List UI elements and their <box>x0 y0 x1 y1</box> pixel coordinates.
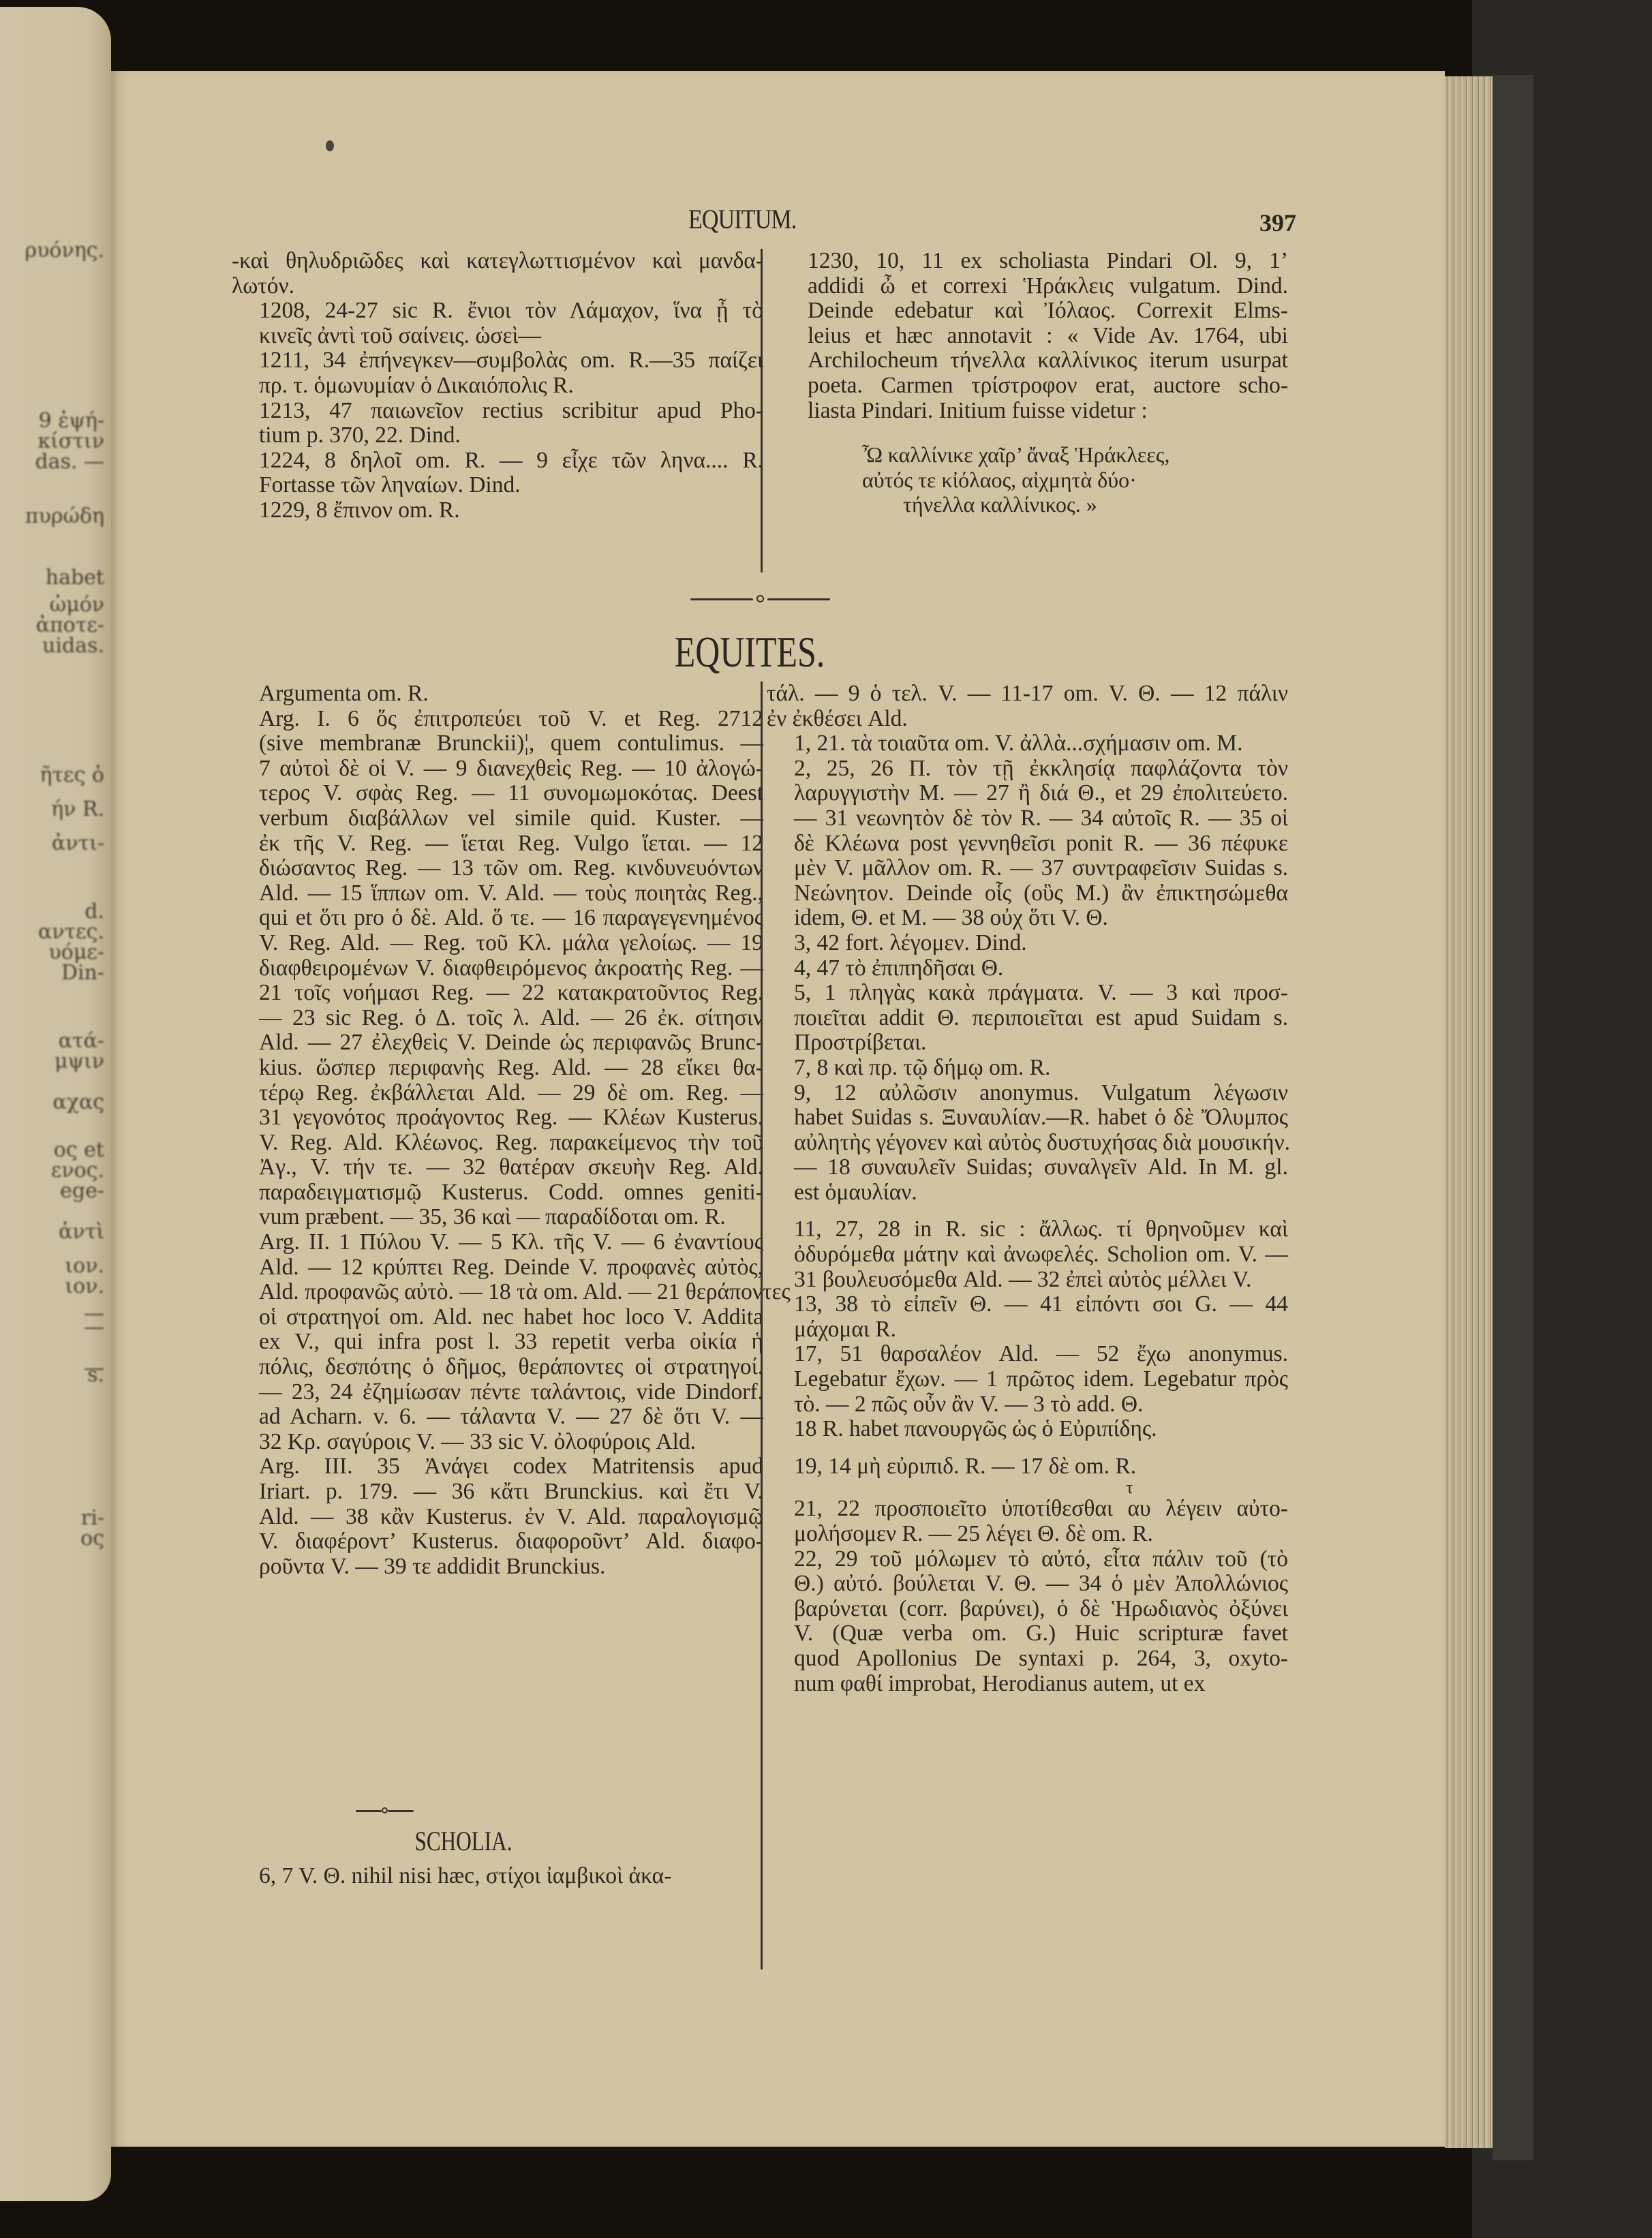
text-line: διώσαντος Reg. — 13 τῶν om. Reg. κινδυνε… <box>232 856 763 881</box>
top-right-column: 1230, 10, 11 ex scholiasta Pindari Ol. 9… <box>780 249 1288 517</box>
text-line: 1224, 8 δηλοῖ om. R. — 9 εἶχε τῶν ληνα..… <box>232 448 763 474</box>
text-line: — 23, 24 ἐζημίωσαν πέντε ταλάντοις, vide… <box>232 1380 763 1405</box>
text-line: Ald. προφανῶς αὐτὸ. — 18 τὰ om. Ald. — 2… <box>232 1280 763 1305</box>
section-title-equites: EQUITES. <box>670 627 829 677</box>
text-line: habet Suidas s. Ξυναυλίαν.—R. habet ὁ δὲ… <box>767 1105 1288 1131</box>
text-line: Νεώνητον. Deinde οἷς (οὓς M.) ἂν ἐπικτησ… <box>767 881 1288 906</box>
argument-note: Argumenta om. R. <box>232 681 763 707</box>
text-line: πόλις, δεσπότης ὁ δῆμος, θεράποντες οἱ σ… <box>232 1355 763 1380</box>
text-line: μολήσομεν R. — 25 λέγει Θ. δὲ om. R. <box>767 1522 1288 1547</box>
text-line: Ald. — 27 ἐλεχθεὶς V. Deinde ὡς περιφανῶ… <box>232 1030 763 1056</box>
text-line: 13, 38 τὸ εἰπεῖν Θ. — 41 εἰπόντι σοι G. … <box>767 1292 1288 1317</box>
text-line: ad Acharn. v. 6. — τάλαντα V. — 27 δὲ ὅτ… <box>232 1405 763 1430</box>
text-line: τέρῳ Reg. ἐκβάλλεται Ald. — 29 δὲ om. Re… <box>232 1081 763 1106</box>
scholion-note: 2, 25, 26 Π. τὸν τῇ ἐκκλησίᾳ παφλάζοντα … <box>767 756 1288 931</box>
scholion-note: 11, 27, 28 in R. sic : ἄλλως. τί θρηνοῦμ… <box>767 1217 1288 1292</box>
text-line: 1211, 34 ἐπήνεγκεν—συμβολὰς om. R.—35 πα… <box>232 348 763 373</box>
facing-page-text: ῆτες ὁ <box>40 763 104 787</box>
text-line: leius et hæc annotavit : « Vide Av. 1764… <box>780 324 1288 349</box>
facing-page-text: ιον. <box>65 1274 104 1298</box>
column-divider-bottom <box>761 681 763 1969</box>
facing-page-text: ήν R. <box>51 797 104 821</box>
text-line: ὀδυρόμεθα μάτην καὶ ἀνωφελές. Scholion o… <box>767 1242 1288 1268</box>
ink-spot <box>326 140 334 151</box>
verse-quotation: Ὦ καλλίνικε χαῖρ’ ἄναξ Ἡράκλεες, αὐτός τ… <box>780 442 1288 517</box>
scholion-note: 22, 29 τοῦ μόλωμεν τὸ αὐτό, εἶτα πάλιν τ… <box>767 1547 1288 1697</box>
column-divider-top <box>761 249 763 572</box>
text-line: ex V., qui infra post l. 33 repetit verb… <box>232 1330 763 1355</box>
facing-page-text: ος <box>80 1527 104 1550</box>
text-line: 9, 12 αὐλῶσιν anonymus. Vulgatum λέγωσιν <box>767 1081 1288 1106</box>
text-line: βαρύνεται (corr. βαρύνει), ὁ δὲ Ἡρωδιανὸ… <box>767 1597 1288 1622</box>
note-entry: 1229, 8 ἔπινον om. R. <box>232 498 763 523</box>
text-line: — 18 συναυλεῖν Suidas; συναλγεῖν Ald. In… <box>767 1155 1288 1180</box>
text-line: Deinde edebatur καὶ Ἰόλαος. Correxit Elm… <box>780 298 1288 324</box>
text-line: ποιεῖται addit Θ. περιποιεῖται est apud … <box>767 1006 1288 1031</box>
verse-line: τήνελλα καλλίνικος. » <box>862 492 1288 517</box>
scholion-note: 17, 51 θαρσαλέον Ald. — 52 ἔχω anonymus.… <box>767 1342 1288 1417</box>
note-continuation: -καὶ θηλυδριῶδες καὶ κατεγλωττισμένον κα… <box>232 249 763 298</box>
scholion-note: 7, 8 καὶ πρ. τῷ δήμῳ om. R. <box>767 1056 1288 1081</box>
spacer <box>767 1442 1288 1454</box>
scholia-column: 6, 7 V. Θ. nihil nisi hæc, στίχοι ἰαμβικ… <box>232 1864 763 1889</box>
text-line: quod Apollonius De syntaxi p. 264, 3, ox… <box>767 1646 1288 1672</box>
scholion-note: 13, 38 τὸ εἰπεῖν Θ. — 41 εἰπόντι σοι G. … <box>767 1292 1288 1342</box>
scholion-note: 5, 1 πληγὰς κακὰ πράγματα. V. — 3 καὶ πρ… <box>767 981 1288 1056</box>
text-line: Ald. — 15 ἵππων om. V. Ald. — τοὺς ποιητ… <box>232 881 763 906</box>
text-line: 11, 27, 28 in R. sic : ἄλλως. τί θρηνοῦμ… <box>767 1217 1288 1242</box>
verse-line: Ὦ καλλίνικε χαῖρ’ ἄναξ Ἡράκλεες, <box>862 442 1288 467</box>
text-line: οἱ στρατηγοί om. Ald. nec habet hoc loco… <box>232 1305 763 1330</box>
text-line: διαφθειρομένων V. διαφθειρόμενος ἀκροατὴ… <box>232 956 763 981</box>
interlinear-correction: τ <box>767 1479 1288 1497</box>
text-line: πρ. τ. ὁμωνυμίαν ὁ Δικαιόπολις R. <box>232 373 763 399</box>
text-line: Argumenta om. R. <box>232 681 763 707</box>
text-line: 21, 22 προσποιεῖτο ὑποτίθεσθαι αυ λέγειν… <box>767 1497 1288 1522</box>
text-line: Fortasse τῶν ληναίων. Dind. <box>232 473 763 498</box>
text-line: Ἀγ., V. τήν τε. — 32 θατέραν σκευὴν Reg.… <box>232 1155 763 1180</box>
text-line: 1230, 10, 11 ex scholiasta Pindari Ol. 9… <box>780 249 1288 274</box>
text-line: μὲν V. μᾶλλον om. R. — 37 συντραφεῖσιν S… <box>767 856 1288 881</box>
running-title: EQUITUM. <box>688 203 796 235</box>
equites-left-column: Argumenta om. R.Arg. I. 6 ὅς ἐπιτροπεύει… <box>232 681 763 1579</box>
text-line: 19, 14 μὴ εὐριπιδ. R. — 17 δὲ om. R. <box>767 1454 1288 1480</box>
text-line: 4, 47 τὸ ἐπιπηδῆσαι Θ. <box>767 956 1288 981</box>
top-left-column: -καὶ θηλυδριῶδες καὶ κατεγλωττισμένον κα… <box>232 249 763 523</box>
text-line: 31 βουλευσόμεθα Ald. — 32 ἐπεὶ αὐτὸς μέλ… <box>767 1268 1288 1293</box>
text-line: ροῦντα V. — 39 τε addidit Brunckius. <box>232 1554 763 1580</box>
text-line: παραδειγματισμῷ Kusterus. Codd. omnes ge… <box>232 1180 763 1206</box>
text-line: τερος V. σφὰς Reg. — 11 συνομωμοκότας. D… <box>232 781 763 806</box>
text-line: λωτόν. <box>232 274 763 299</box>
text-line: V. Reg. Ald. Κλέωνος. Reg. παρακείμενος … <box>232 1131 763 1156</box>
facing-page-text: μψιν <box>55 1049 104 1073</box>
text-line: Arg. III. 35 Ἀνάγει codex Matritensis ap… <box>232 1454 763 1480</box>
facing-page-text: ἀντι- <box>52 831 104 855</box>
facing-page-text: — <box>84 1315 104 1339</box>
verse-line: αὐτός τε κἰόλαος, αἰχμητὰ δύο· <box>862 467 1288 493</box>
spacer <box>767 1205 1288 1217</box>
scholion-note: 21, 22 προσποιεῖτο ὑποτίθεσθαι αυ λέγειν… <box>767 1497 1288 1546</box>
scholion-note: 19, 14 μὴ εὐριπιδ. R. — 17 δὲ om. R. <box>767 1454 1288 1480</box>
text-line: 7, 8 καὶ πρ. τῷ δήμῳ om. R. <box>767 1056 1288 1081</box>
text-line: κινεῖς ἀντὶ τοῦ σαίνεις. ὡσεὶ— <box>232 324 763 349</box>
facing-page-text: habet <box>46 566 104 589</box>
page-number: 397 <box>1259 209 1296 237</box>
text-line: Legebatur ἔχων. — 1 πρῶτος idem. Legebat… <box>767 1367 1288 1392</box>
text-line: Ald. — 12 κρύπτει Reg. Deinde V. προφανὲ… <box>232 1255 763 1281</box>
text-line: idem, Θ. et M. — 38 οὐχ ὅτι V. Θ. <box>767 906 1288 931</box>
text-line: est ὁμαυλίαν. <box>767 1180 1288 1206</box>
ornament-divider-small <box>356 1806 414 1815</box>
note-entry: 1208, 24-27 sic R. ἔνιοι τὸν Λάμαχον, ἵν… <box>232 298 763 348</box>
text-line: (sive membranæ Brunckii)¦, quem contulim… <box>232 731 763 756</box>
text-line: qui et ὅτι pro ὁ δὲ. Ald. ὅ τε. — 16 παρ… <box>232 906 763 931</box>
text-line: 1213, 47 παιωνεῖον rectius scribitur apu… <box>232 399 763 424</box>
text-line: 21 τοῖς νοήμασι Reg. — 22 κατακρατοῦντος… <box>232 981 763 1006</box>
text-line: Προστρίβεται. <box>767 1030 1288 1056</box>
text-line: Arg. I. 6 ὅς ἐπιτροπεύει τοῦ V. et Reg. … <box>232 707 763 732</box>
note-entry: 1213, 47 παιωνεῖον rectius scribitur apu… <box>232 399 763 448</box>
text-line: poeta. Carmen τρίστροφον erat, auctore s… <box>780 373 1288 399</box>
text-line: — 31 νεωνητὸν δὲ τὸν R. — 34 αὐτοῖς R. —… <box>767 806 1288 831</box>
text-line: 1229, 8 ἔπινον om. R. <box>232 498 763 523</box>
text-line: τὸ. — 2 πῶς οὖν ἂν V. — 3 τὸ add. Θ. <box>767 1392 1288 1417</box>
text-line: 1, 21. τὰ τοιαῦτα om. V. ἀλλὰ...σχήμασιν… <box>767 731 1288 756</box>
note-entry: 1211, 34 ἐπήνεγκεν—συμβολὰς om. R.—35 πα… <box>232 348 763 398</box>
text-line: τάλ. — 9 ὁ τελ. V. — 11-17 om. V. Θ. — 1… <box>767 681 1288 707</box>
text-line: 2, 25, 26 Π. τὸν τῇ ἐκκλησίᾳ παφλάζοντα … <box>767 756 1288 782</box>
text-line: μάχομαι R. <box>767 1317 1288 1343</box>
facing-page-text: ρυόνης. <box>25 239 104 262</box>
ornament-divider <box>690 594 830 604</box>
facing-page: ρυόνης.9 ἐψή-κίστινdas. —πυρώδηhabetὠμόν… <box>0 7 111 2201</box>
facing-page-text: ἀντὶ <box>59 1220 104 1244</box>
text-line: 17, 51 θαρσαλέον Ald. — 52 ἔχω anonymus. <box>767 1342 1288 1367</box>
facing-page-text: uidas. <box>42 634 104 658</box>
section-title-scholia: SCHOLIA. <box>395 1825 533 1857</box>
scholia-line: 6, 7 V. Θ. nihil nisi hæc, στίχοι ἰαμβικ… <box>232 1864 763 1889</box>
text-line: ἐκ τῆς V. Reg. — ἵεται Reg. Vulgo ἵεται.… <box>232 831 763 857</box>
note-entry: 1230, 10, 11 ex scholiasta Pindari Ol. 9… <box>780 249 1288 423</box>
scholion-note: 18 R. habet πανουργῶς ὡς ὁ Εὐριπίδης. <box>767 1417 1288 1442</box>
text-line: 1208, 24-27 sic R. ἔνιοι τὸν Λάμαχον, ἵν… <box>232 298 763 324</box>
scholion-note: 3, 42 fort. λέγομεν. Dind. <box>767 931 1288 956</box>
text-line: liasta Pindari. Initium fuisse videtur : <box>780 399 1288 424</box>
argument-note: Arg. II. 1 Πύλου V. — 5 Κλ. τῆς V. — 6 ἐ… <box>232 1230 763 1454</box>
scholion-note: τάλ. — 9 ὁ τελ. V. — 11-17 om. V. Θ. — 1… <box>767 681 1288 731</box>
text-line: num φαθί improbat, Herodianus autem, ut … <box>767 1672 1288 1697</box>
text-line: vum præbent. — 35, 36 καὶ — παραδίδοται … <box>232 1205 763 1230</box>
note-entry: 1224, 8 δηλοῖ om. R. — 9 εἶχε τῶν ληνα..… <box>232 448 763 498</box>
text-line: Ald. — 38 κἂν Kusterus. ἐν V. Ald. παραλ… <box>232 1505 763 1530</box>
facing-page-text: αχας <box>53 1090 105 1114</box>
text-line: 32 Κρ. σαγύροις V. — 33 sic V. ὀλοφύροις… <box>232 1430 763 1455</box>
text-line: Θ.) αὐτό. βούλεται V. Θ. — 34 ὁ μὲν Ἀπολ… <box>767 1572 1288 1597</box>
text-line: V. (Quæ verba om. G.) Huic scripturæ fav… <box>767 1621 1288 1646</box>
facing-page-text: πυρώδη <box>25 504 104 528</box>
text-line: 22, 29 τοῦ μόλωμεν τὸ αὐτό, εἶτα πάλιν τ… <box>767 1547 1288 1572</box>
argument-note: Arg. III. 35 Ἀνάγει codex Matritensis ap… <box>232 1454 763 1579</box>
text-line: 7 αὐτοὶ δὲ οἱ V. — 9 διανεχθεὶς Reg. — 1… <box>232 756 763 782</box>
book-cover-edge <box>1493 75 1533 2160</box>
facing-page-text: das. — <box>35 450 104 474</box>
argument-note: Arg. I. 6 ὅς ἐπιτροπεύει τοῦ V. et Reg. … <box>232 707 763 1230</box>
text-line: Iriart. p. 179. — 36 κἄτι Brunckius. καὶ… <box>232 1480 763 1505</box>
text-line: verbum διαβάλλων vel simile quid. Kuster… <box>232 806 763 831</box>
text-line: kius. ὥσπερ περιφανὴς Reg. Ald. — 28 εἴκ… <box>232 1056 763 1081</box>
page-edges <box>1445 76 1493 2148</box>
text-line: V. Reg. Ald. — Reg. τοῦ Κλ. μάλα γελοίως… <box>232 931 763 956</box>
text-line: ἐν ἐκθέσει Ald. <box>767 707 1288 732</box>
text-line: addidi ὦ et correxi Ἡράκλεις vulgatum. D… <box>780 274 1288 299</box>
facing-page-text: Din- <box>61 961 104 985</box>
text-line: λαρυγγιστὴν M. — 27 ἢ διά Θ., et 29 ἐπολ… <box>767 781 1288 806</box>
text-line: 3, 42 fort. λέγομεν. Dind. <box>767 931 1288 956</box>
text-line: Arg. II. 1 Πύλου V. — 5 Κλ. τῆς V. — 6 ἐ… <box>232 1230 763 1255</box>
text-line: Archilocheum τήνελλα καλλίνικος iterum u… <box>780 348 1288 373</box>
text-line: 31 γεγονότος προάγοντος Reg. — Κλέων Kus… <box>232 1105 763 1131</box>
facing-page-text: s. <box>87 1363 104 1387</box>
text-line: -καὶ θηλυδριῶδες καὶ κατεγλωττισμένον κα… <box>232 249 763 274</box>
text-line: tium p. 370, 22. Dind. <box>232 423 763 448</box>
text-line: δὲ Κλέωνα post γεννηθεῖσι ponit R. — 36 … <box>767 831 1288 857</box>
facing-page-text: ege- <box>60 1179 104 1203</box>
equites-right-column: τάλ. — 9 ὁ τελ. V. — 11-17 om. V. Θ. — 1… <box>767 681 1288 1696</box>
scholion-note: 9, 12 αὐλῶσιν anonymus. Vulgatum λέγωσιν… <box>767 1081 1288 1206</box>
page-header: EQUITUM. 397 <box>123 203 1281 244</box>
scholion-note: 4, 47 τὸ ἐπιπηδῆσαι Θ. <box>767 956 1288 981</box>
text-line: — 23 sic Reg. ὁ Δ. τοῖς λ. Ald. — 26 ἐκ.… <box>232 1006 763 1031</box>
text-line: 5, 1 πληγὰς κακὰ πράγματα. V. — 3 καὶ πρ… <box>767 981 1288 1006</box>
text-line: V. διαφέροντ’ Kusterus. διαφοροῦντ’ Ald.… <box>232 1529 763 1554</box>
text-line: αὐλητὴς γέγονεν καὶ αὐτὸς δυστυχήσας διὰ… <box>767 1131 1288 1156</box>
text-line: 18 R. habet πανουργῶς ὡς ὁ Εὐριπίδης. <box>767 1417 1288 1442</box>
scholion-note: 1, 21. τὰ τοιαῦτα om. V. ἀλλὰ...σχήμασιν… <box>767 731 1288 756</box>
